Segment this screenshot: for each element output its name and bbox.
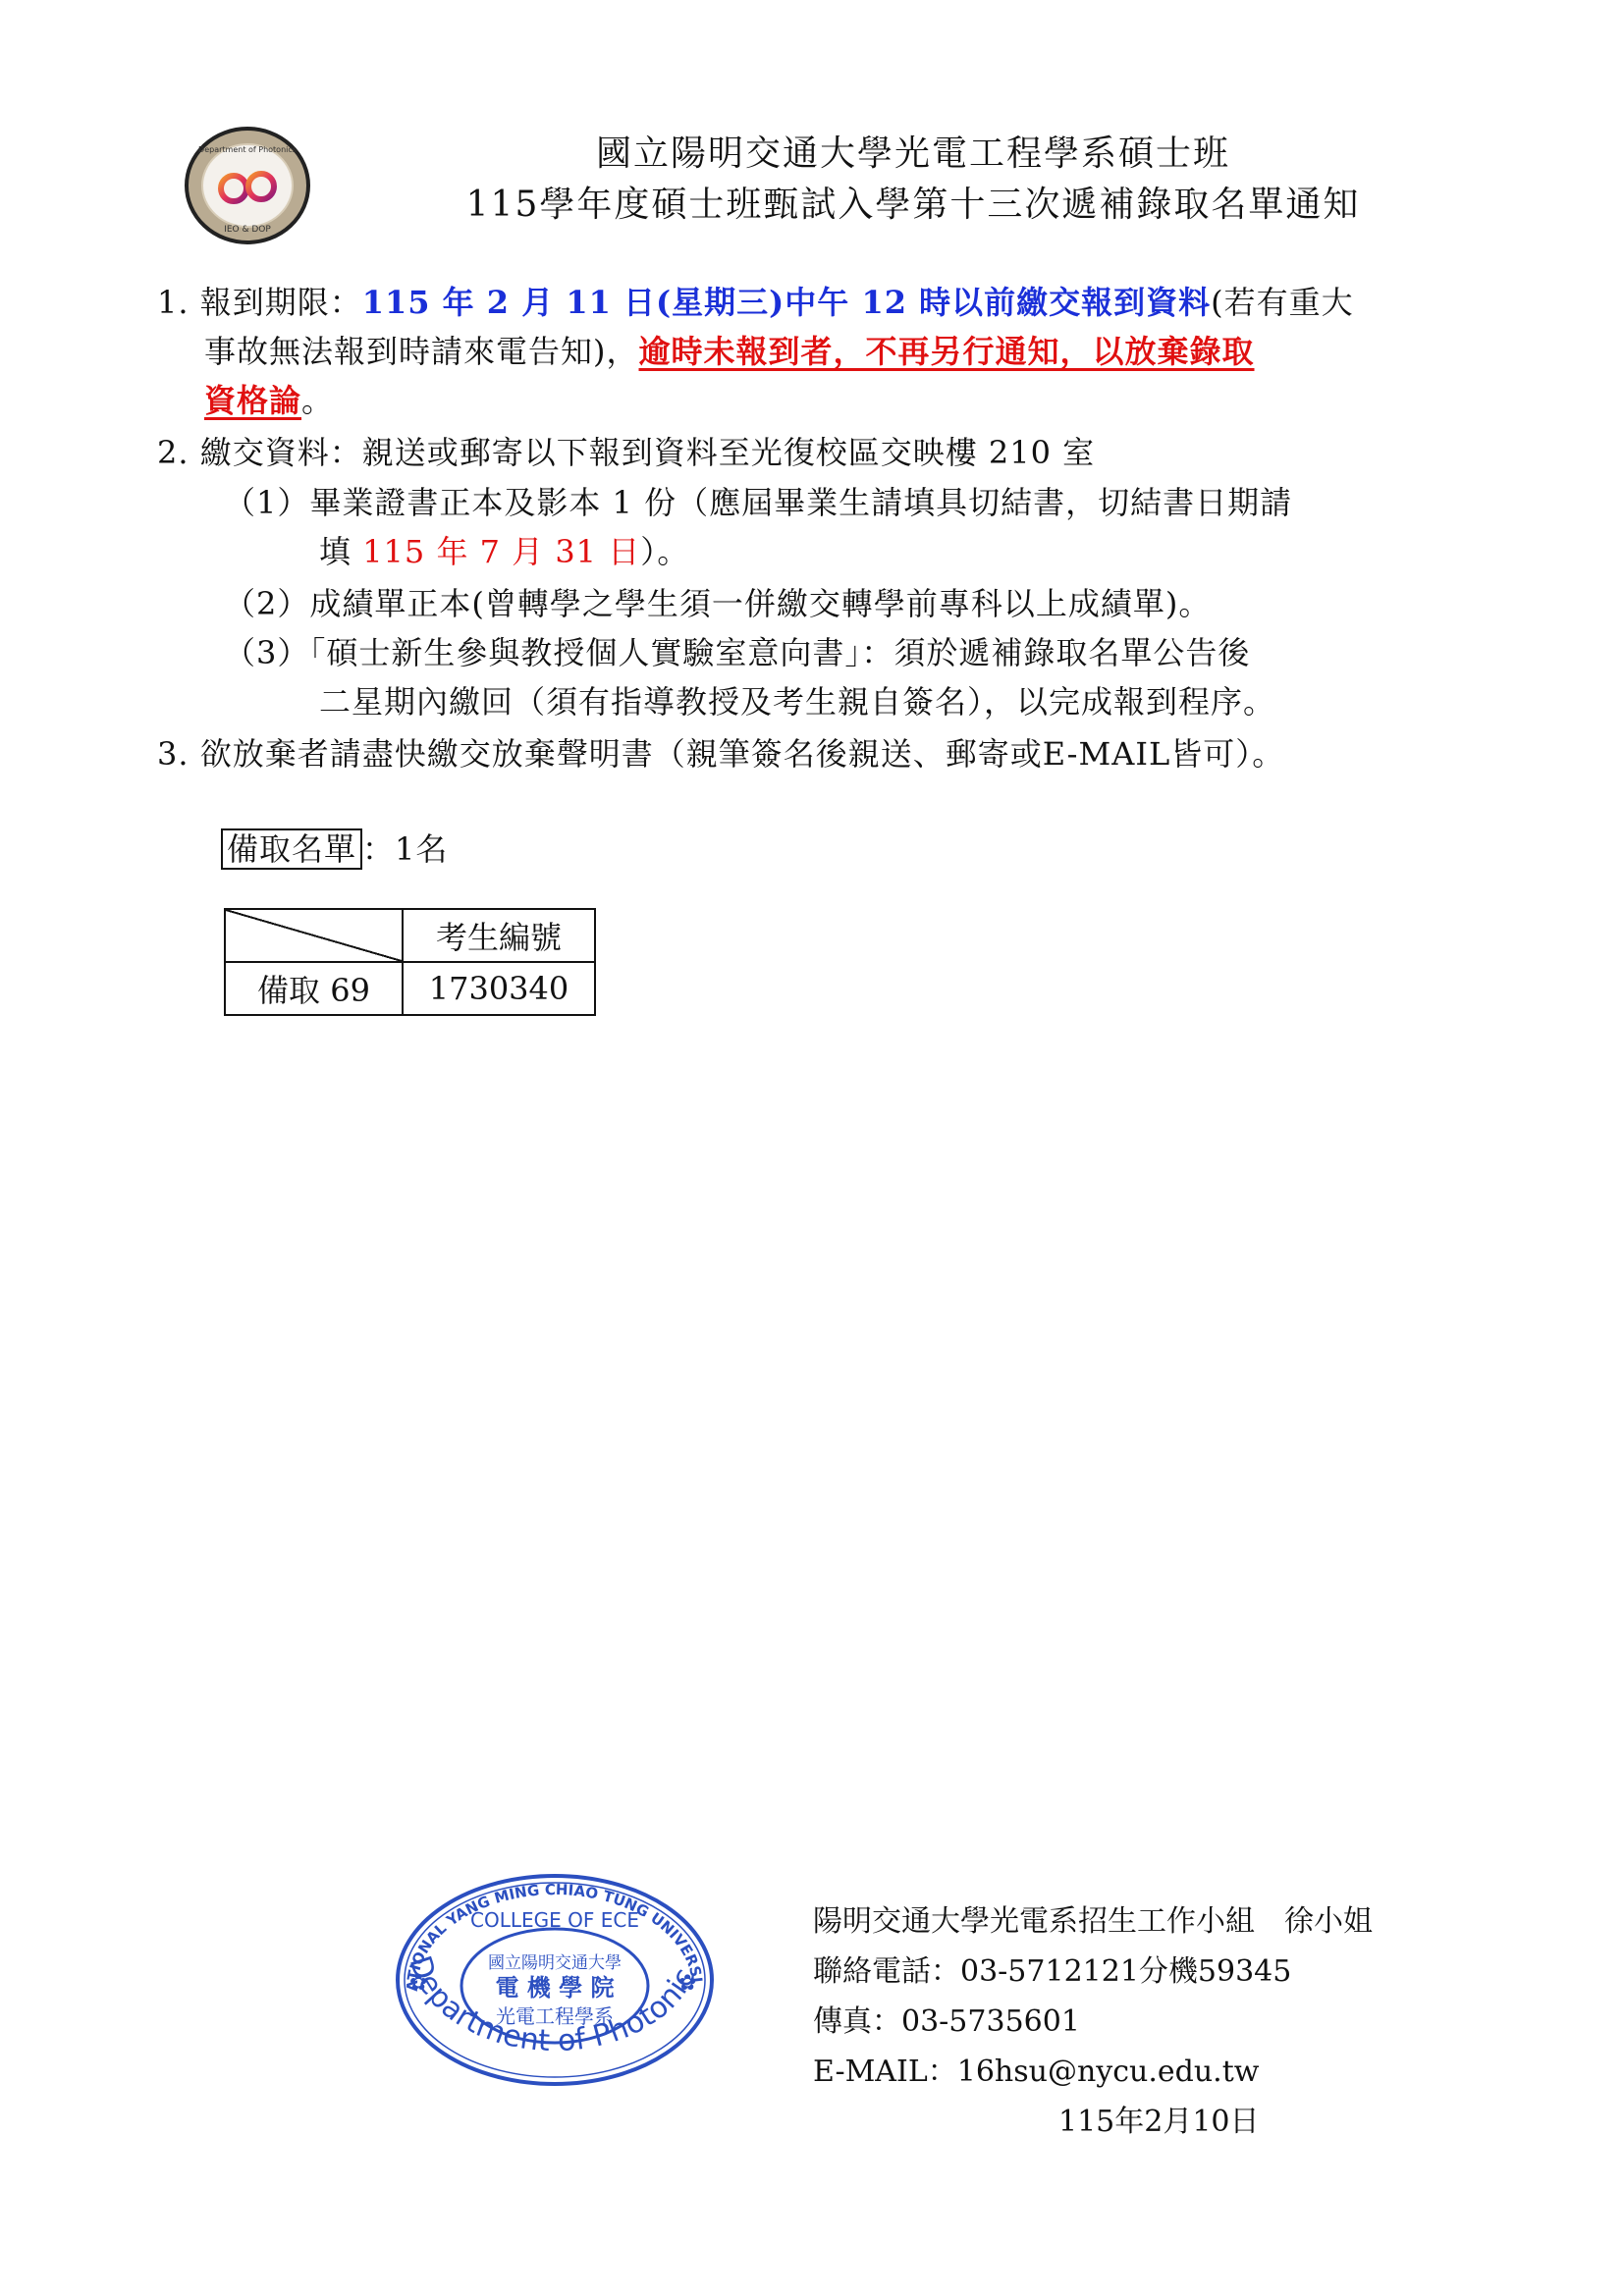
item-1-deadline: 115 年 2 月 11 日(星期三)中午 12 時以前繳交報到資料 [362, 284, 1211, 321]
waitlist-count: ：1名 [362, 830, 448, 868]
item-1-end: 。 [301, 382, 334, 419]
svg-text:IEO & DOP: IEO & DOP [224, 225, 271, 235]
item-2-sub-2-line: （2）成績單正本(曾轉學之學生須一併繳交轉學前專科以上成績單)。 [224, 579, 1211, 624]
item-2-sub-1-line-1: （1）畢業證書正本及影本 1 份（應屆畢業生請填具切結書，切結書日期請 [224, 478, 1292, 523]
table-cell-candidate-number: 1730340 [403, 962, 595, 1015]
item-1-line-2: 事故無法報到時請來電告知)，逾時未報到者，不再另行通知，以放棄錄取 [204, 327, 1255, 372]
notice-date: 115年2月10日 [1058, 2097, 1260, 2140]
item-2-number: 2. [157, 434, 189, 471]
item-2-sub-1-line-2: 填 115 年 7 月 31 日）。 [319, 527, 689, 572]
svg-text:Department of Photonics: Department of Photonics [198, 145, 297, 154]
contact-fax: 傳真：03-5735601 [813, 1997, 1080, 2040]
waitlist-label: 備取名單 [221, 828, 362, 870]
item-2-sub-2-number: （2） [224, 585, 309, 622]
item-2-sub-3-line-2: 二星期內繳回（須有指導教授及考生親自簽名），以完成報到程序。 [319, 677, 1275, 722]
item-3-line: 3. 欲放棄者請盡快繳交放棄聲明書（親筆簽名後親送、郵寄或E-MAIL皆可）。 [157, 729, 1284, 774]
table-header-row: 考生編號 [225, 909, 595, 962]
item-2-sub-1-pre: 填 [319, 533, 362, 570]
department-logo: Department of Photonics IEO & DOP [169, 126, 326, 245]
item-1-label: 報到期限： [200, 284, 362, 321]
item-1-number: 1. [157, 284, 189, 321]
table-corner-cell [225, 909, 403, 962]
item-2-sub-1-date: 115 年 7 月 31 日 [362, 533, 640, 570]
item-2-line: 2. 繳交資料：親送或郵寄以下報到資料至光復校區交映樓 210 室 [157, 428, 1095, 473]
item-2-sub-2-text: 成績單正本(曾轉學之學生須一併繳交轉學前專科以上成績單)。 [309, 585, 1211, 622]
item-1-warning-a: 逾時未報到者，不再另行通知，以放棄錄取 [639, 333, 1255, 370]
svg-text:國立陽明交通大學: 國立陽明交通大學 [488, 1953, 622, 1973]
contact-office: 陽明交通大學光電系招生工作小組 徐小姐 [813, 1896, 1373, 1940]
item-1-note-b: 事故無法報到時請來電告知)， [204, 333, 639, 370]
item-1-note-a: (若有重大 [1211, 284, 1354, 321]
title-notice: 115學年度碩士班甄試入學第十三次遞補錄取名單通知 [353, 177, 1473, 227]
svg-text:電 機 學 院: 電 機 學 院 [495, 1973, 614, 2002]
item-2-text: 繳交資料：親送或郵寄以下報到資料至光復校區交映樓 210 室 [200, 434, 1095, 471]
item-2-sub-3-number: （3） [224, 634, 309, 671]
waitlist-table: 考生編號 備取 69 1730340 [224, 908, 596, 1016]
item-2-sub-1-post: ）。 [640, 533, 689, 570]
table-cell-rank: 備取 69 [225, 962, 403, 1015]
item-2-sub-1-number: （1） [224, 484, 309, 521]
item-1-line-1: 1. 報到期限：115 年 2 月 11 日(星期三)中午 12 時以前繳交報到… [157, 278, 1354, 323]
item-1-line-3: 資格論。 [204, 376, 334, 421]
item-2-sub-3-text-a: 「碩士新生參與教授個人實驗室意向書」：須於遞補錄取名單公告後 [309, 634, 1250, 671]
title-university-dept: 國立陽明交通大學光電工程學系碩士班 [353, 126, 1473, 176]
table-header-candidate-number: 考生編號 [403, 909, 595, 962]
official-seal: NATIONAL YANG MING CHIAO TUNG UNIVERSITY… [388, 1870, 722, 2091]
svg-text:✿: ✿ [678, 1971, 696, 1996]
item-3-text: 欲放棄者請盡快繳交放棄聲明書（親筆簽名後親送、郵寄或E-MAIL皆可）。 [200, 735, 1285, 773]
waitlist-heading: 備取名單：1名 [221, 825, 448, 870]
item-2-sub-3-line-1: （3）「碩士新生參與教授個人實驗室意向書」：須於遞補錄取名單公告後 [224, 628, 1250, 673]
item-3-number: 3. [157, 735, 189, 773]
item-1-warning-b: 資格論 [204, 382, 301, 419]
contact-phone: 聯絡電話：03-5712121分機59345 [813, 1947, 1291, 1990]
svg-text:✿: ✿ [409, 1971, 427, 1996]
contact-email: E-MAIL：16hsu@nycu.edu.tw [813, 2047, 1259, 2090]
svg-text:COLLEGE OF ECE: COLLEGE OF ECE [470, 1908, 639, 1932]
item-2-sub-1-text-a: 畢業證書正本及影本 1 份（應屆畢業生請填具切結書，切結書日期請 [309, 484, 1292, 521]
table-row: 備取 69 1730340 [225, 962, 595, 1015]
